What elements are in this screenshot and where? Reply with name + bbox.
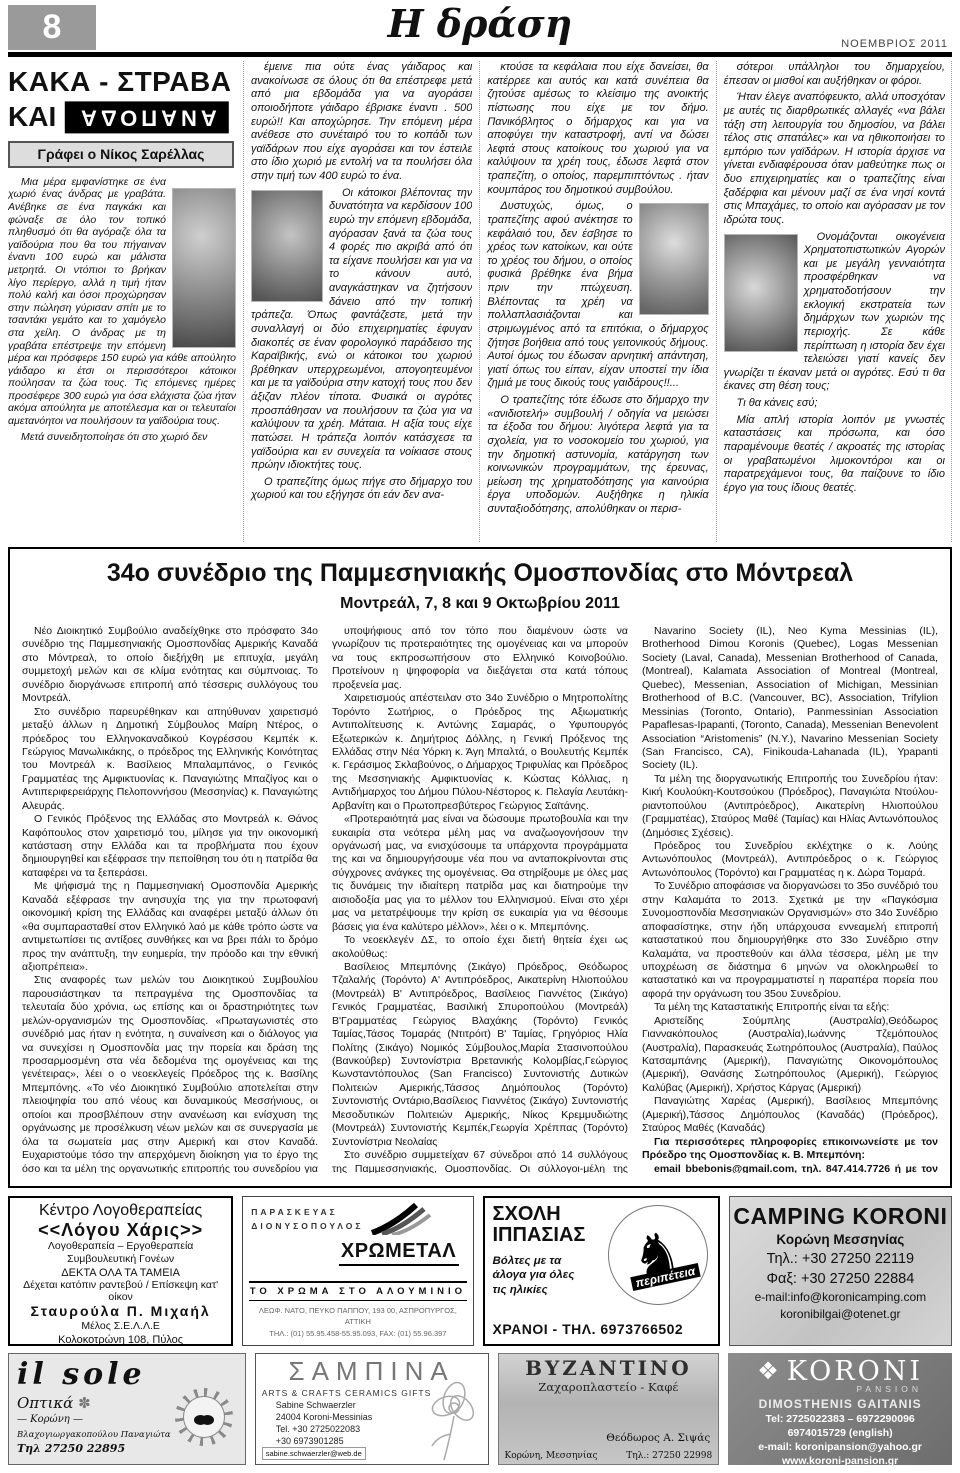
- ad-address: Κολοκοτρώνη 108, Πύλος: [12, 1334, 229, 1346]
- paragraph: Το Συνέδριο αποφάσισε να διοργανώσει το …: [642, 880, 938, 1001]
- ornament-icon: ❖: [757, 1357, 779, 1386]
- paragraph: Βασίλειος Μπεμπόνης (Σικάγο) Πρόεδρος, Θ…: [332, 961, 628, 1149]
- page-header: 8 Η δράση ΝΟΕΜΒΡΙΟΣ 2011: [0, 0, 960, 57]
- conference-column-1: Νέο Διοικητικό Συμβούλιο αναδείχθηκε στο…: [22, 625, 318, 1173]
- paragraph: Μία απλή ιστορία λοιπόν με γνωστές κατασ…: [724, 414, 945, 496]
- ad-phone: ΤΗΛ.: (01) 55.95.458-55.95.093, FAX: (01…: [247, 1328, 468, 1339]
- ad-owner: DIMOSTHENIS GAITANIS: [730, 1397, 950, 1411]
- ad-phone: ΧΡΑΝΟΙ - ΤΗΛ. 6973766502: [493, 1321, 684, 1337]
- sunglasses-lens: [201, 1415, 214, 1425]
- paragraph: Με ψήφισμά της η Παμμεσηνιακή Ομοσπονδία…: [22, 880, 318, 974]
- paragraph: Τι θα κάνεις εσύ;: [724, 397, 945, 411]
- masthead-line2: ΚΑΙ ΑΝΑΠΟΔΑ: [8, 100, 236, 134]
- paragraph: Ήταν έλεγε αναπόφευκτο, αλλά υποσχόταν μ…: [724, 91, 945, 227]
- ad-phone: Tel: 2725022383 – 6972290096: [730, 1413, 950, 1425]
- donkey-photo-4: [724, 234, 798, 352]
- conference-headline: 34ο συνέδριο της Παμμεσηνιακής Ομοσπονδί…: [22, 559, 938, 588]
- paragraph: Στο συνέδριο συμμετείχαν 67 σύνεδροι από…: [332, 1149, 628, 1173]
- ad-description: Βόλτες με τα άλογα για όλες τις ηλικίες: [493, 1254, 588, 1297]
- ad-riding-school: ΣΧΟΛΗ ΙΠΠΑΣΙΑΣ Βόλτες με τα άλογα για όλ…: [483, 1196, 720, 1346]
- sun-with-sunglasses-icon: [175, 1388, 233, 1446]
- paragraph: Τα μέλη της Καταστατικής Επιτροπής είναι…: [642, 1001, 938, 1014]
- ad-phone: 6974015729 (english): [730, 1427, 950, 1439]
- ad-address: ΛΕΩΦ. ΝΑΤΟ, ΠΕΥΚΟ ΠΑΠΠΟΥ, 193 00, ΑΣΠΡΟΠ…: [247, 1305, 468, 1339]
- paragraph: «Προτεραιότητά μας είναι να δώσουμε πρωτ…: [332, 813, 628, 934]
- ad-brand: il sole: [17, 1357, 237, 1392]
- paragraph: Παναγιώτης Χαρέας (Αμερική), Βασίλειος Μ…: [642, 1095, 938, 1135]
- ad-fax: Φαξ: +30 27250 22884: [732, 1271, 949, 1287]
- conference-subhead: Μοντρεάλ, 7, 8 και 9 Οκτωβρίου 2011: [22, 595, 938, 613]
- ad-brand: ΧΡΩΜΕΤΑΛ: [339, 1240, 459, 1266]
- column-masthead: ΚΑΚΑ - ΣΤΡΑΒΑ ΚΑΙ ΑΝΑΠΟΔΑ: [8, 67, 236, 134]
- paragraph: Ο Γενικός Πρόξενος της Ελλάδας στο Μοντρ…: [22, 813, 318, 880]
- centaur-logo-icon: ♞: [608, 1205, 708, 1305]
- ad-il-sole-optics: il sole Οπτικά ✽ — Κορώνη — Βλαχογιωργακ…: [8, 1353, 246, 1465]
- ad-email: koronibilgai@otenet.gr: [732, 1307, 949, 1321]
- flower-sketch-icon: [424, 1376, 484, 1462]
- donkey-photo-1: [172, 188, 236, 348]
- ad-camping-koroni: CAMPING KORONI Κορώνη Μεσσηνίας Τηλ.: +3…: [729, 1196, 952, 1346]
- ad-title: CAMPING KORONI: [732, 1203, 949, 1230]
- donkey-photo-3: [639, 203, 709, 315]
- flower-icon: ✽: [78, 1394, 91, 1412]
- paragraph: Navarino Society (IL), Neo Kyma Messinia…: [642, 625, 938, 773]
- ad-line: Δέχεται κατόπιν ραντεβού / Επίσκεψη κατ'…: [12, 1280, 229, 1304]
- paragraph: Πρόεδρος του Συνεδρίου εκλέχτηκε ο κ. Λο…: [642, 840, 938, 880]
- paragraph: Τα μέλη της διοργανωτικής Επιτροπής του …: [642, 773, 938, 840]
- contact-email-1: email bbebonis@gmail.com, τηλ. 847.414.7…: [642, 1163, 938, 1174]
- paragraph: κτούσε τα κεφάλαια που είχε δανείσει, θα…: [487, 61, 708, 197]
- masthead-kai: ΚΑΙ: [8, 100, 56, 134]
- opinion-article: ΚΑΚΑ - ΣΤΡΑΒΑ ΚΑΙ ΑΝΑΠΟΔΑ Γράφει ο Νίκος…: [8, 61, 952, 542]
- paragraph: έμεινε πια ούτε ένας γάιδαρος και ανακοί…: [251, 61, 472, 184]
- ad-email: e-mail: koronipansion@yahoo.gr: [730, 1441, 950, 1453]
- paragraph: Χαιρετισμούς απέστειλαν στο 34ο Συνέδριο…: [332, 692, 628, 813]
- opinion-column-1: ΚΑΚΑ - ΣΤΡΑΒΑ ΚΑΙ ΑΝΑΠΟΔΑ Γράφει ο Νίκος…: [8, 61, 236, 542]
- ad-title: ΣΧΟΛΗ ΙΠΠΑΣΙΑΣ: [493, 1204, 588, 1246]
- ad-speech-therapy: Κέντρο Λογοθεραπείας <<Λόγου Χάρις>> Λογ…: [8, 1196, 233, 1346]
- ad-phone: Τηλ.: 27250 22998: [626, 1451, 712, 1461]
- ad-tagline: ΤΟ ΧΡΩΜΑ ΣΤΟ ΑΛΟΥΜΙΝΙΟ: [249, 1281, 466, 1301]
- ad-email: e-mail:info@koronicamping.com: [732, 1290, 949, 1304]
- masthead-line1: ΚΑΚΑ - ΣΤΡΑΒΑ: [8, 67, 236, 96]
- ad-koroni-pansion: ❖ KORONI PANSION DIMOSTHENIS GAITANIS Te…: [728, 1353, 952, 1465]
- ad-line: Λογοθεραπεία – Εργοθεραπεία: [12, 1241, 229, 1253]
- ad-brand: KORONI: [787, 1356, 923, 1387]
- ad-website: www.koroni-pansion.gr: [730, 1455, 950, 1465]
- ads-row-2: il sole Οπτικά ✽ — Κορώνη — Βλαχογιωργακ…: [8, 1353, 952, 1465]
- ad-brand: ΒΥΖΑΝΤΙΝΟ: [499, 1356, 719, 1380]
- ad-subtitle: Κορώνη Μεσσηνίας: [732, 1232, 949, 1247]
- opinion-column-2: έμεινε πια ούτε ένας γάιδαρος και ανακοί…: [243, 61, 472, 542]
- ad-line: ΔΕΚΤΑ ΟΛΑ ΤΑ ΤΑΜΕΙΑ: [12, 1267, 229, 1279]
- contact-info: Για περισσότερες πληροφορίες επικοινωνεί…: [642, 1136, 938, 1163]
- conference-article: 34ο συνέδριο της Παμμεσηνιακής Ομοσπονδί…: [8, 547, 952, 1188]
- opinion-column-3: κτούσε τα κεφάλαια που είχε δανείσει, θα…: [479, 61, 708, 542]
- conference-column-3: Navarino Society (IL), Neo Kyma Messinia…: [642, 625, 938, 1173]
- opinion-column-4: σότεροι υπάλληλοι του δημαρχείου, έπεσαν…: [716, 61, 952, 542]
- paragraph: Μετά συνειδητοποίησε ότι στο χωριό δεν: [8, 431, 236, 444]
- ad-sabina-crafts: ΣΑΜΠΙΝΑ ARTS & CRAFTS CERAMICS GIFTS Sab…: [255, 1353, 489, 1465]
- ad-email: sabine.schwaerzler@web.de: [262, 1447, 366, 1460]
- ad-category-label: Οπτικά: [17, 1394, 73, 1412]
- sun-face: [183, 1396, 225, 1438]
- ad-chrometal: ΠΑΡΑΣΚΕΥΑΣ ΔΙΟΝΥΣΟΠΟΥΛΟΣ ΧΡΩΜΕΤΑΛ ΤΟ ΧΡΩ…: [242, 1196, 473, 1346]
- swoosh-icon: [364, 1203, 434, 1235]
- issue-date: ΝΟΕΜΒΡΙΟΣ 2011: [841, 38, 948, 50]
- paragraph: Νέο Διοικητικό Συμβούλιο αναδείχθηκε στο…: [22, 625, 318, 706]
- ad-byzantino-cafe: ΒΥΖΑΝΤΙΝΟ Ζαχαροπλαστείο - Καφέ Θεόδωρος…: [498, 1353, 720, 1465]
- paragraph: σότεροι υπάλληλοι του δημαρχείου, έπεσαν…: [724, 61, 945, 88]
- header-rule: [8, 52, 952, 57]
- paragraph: Στις αναφορές των μελών του Διοικητικού …: [22, 974, 318, 1173]
- conference-column-2: υποψήφιους από τον τόπο που διαμένουν ώσ…: [332, 625, 628, 1173]
- paragraph: υποψήφιους από τον τόπο που διαμένουν ώσ…: [332, 625, 628, 692]
- masthead-anapoda-inverted: ΑΝΑΠΟΔΑ: [65, 101, 229, 133]
- ad-owner: Θεόδωρος Α. Σιψάς: [606, 1432, 710, 1444]
- paragraph: Στο συνέδριο παρευρέθηκαν και απηύθυναν …: [22, 706, 318, 814]
- paragraph: Το νεοεκλεγέν ΔΣ, το οποίο έχει διετή θη…: [332, 934, 628, 961]
- ad-location: Κορώνη, Μεσσηνίας: [505, 1451, 598, 1461]
- newspaper-page: 8 Η δράση ΝΟΕΜΒΡΙΟΣ 2011 ΚΑΚΑ - ΣΤΡΑΒΑ Κ…: [0, 0, 960, 1473]
- conference-columns: Νέο Διοικητικό Συμβούλιο αναδείχθηκε στο…: [22, 625, 938, 1173]
- paragraph: Αριστείδης Σούμπλης (Αυστραλία),Θεόδωρος…: [642, 1015, 938, 1096]
- opinion-text-1: Μια μέρα εμφανίστηκε σε ένα χωριό ένας ά…: [8, 176, 236, 443]
- ad-phone: Τηλ.: +30 27250 22119: [732, 1251, 949, 1267]
- ad-brand: <<Λόγου Χάρις>>: [12, 1220, 229, 1240]
- ad-owner: Σταυρούλα Π. Μιχαήλ: [12, 1304, 229, 1320]
- donkey-photo-2: [251, 190, 323, 302]
- ad-title: Κέντρο Λογοθεραπείας: [12, 1202, 229, 1220]
- ad-line: Συμβουλευτική Γονέων: [12, 1254, 229, 1266]
- newspaper-title: Η δράση: [0, 1, 960, 46]
- ad-line: Μέλος Σ.Ε.Λ.Λ.Ε: [12, 1321, 229, 1333]
- paragraph: Ο τραπεζίτης όμως πήγε στο δήμαρχο του χ…: [251, 476, 472, 503]
- byline: Γράφει ο Νίκος Σαρέλλας: [8, 141, 234, 168]
- ad-brand-row: ❖ KORONI: [730, 1356, 950, 1387]
- chrometal-logo: ΧΡΩΜΕΤΑΛ: [339, 1203, 459, 1266]
- ad-address-line: ΛΕΩΦ. ΝΑΤΟ, ΠΕΥΚΟ ΠΑΠΠΟΥ, 193 00, ΑΣΠΡΟΠ…: [247, 1305, 468, 1328]
- ad-subtitle: Ζαχαροπλαστείο - Καφέ: [499, 1380, 719, 1394]
- paragraph: Ο τραπεζίτης τότε έδωσε στο δήμαρχο την …: [487, 394, 708, 517]
- ads-row-1: Κέντρο Λογοθεραπείας <<Λόγου Χάρις>> Λογ…: [8, 1196, 952, 1346]
